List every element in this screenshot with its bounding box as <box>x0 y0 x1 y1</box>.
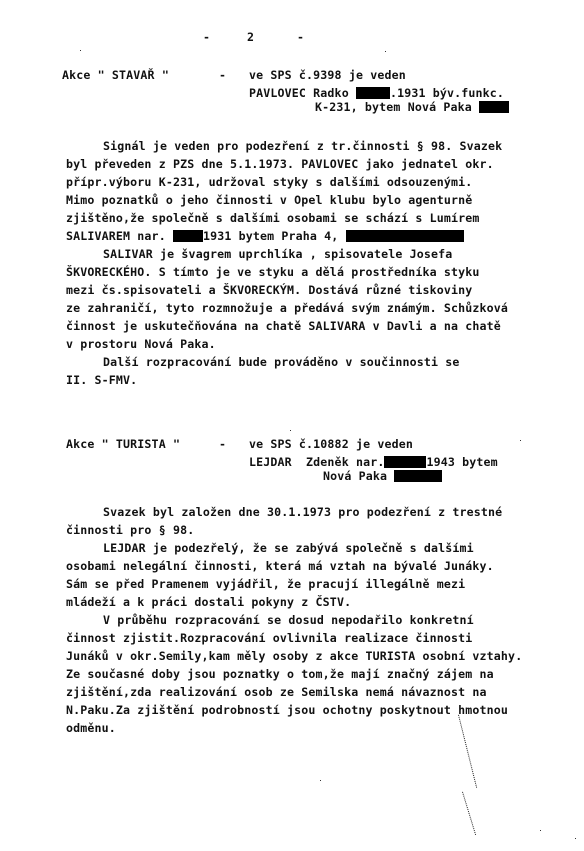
section1-body-line: činnost je uskutečňována na chatě SALIVA… <box>66 319 501 333</box>
section1-body-line: v prostoru Nová Paka. <box>66 337 216 351</box>
text: SALIVAREM nar. <box>66 229 173 243</box>
section1-header-line: PAVLOVEC Radko .1931 býv.funkc. <box>249 86 504 100</box>
speck <box>320 780 321 781</box>
text: Nová Paka <box>323 469 394 483</box>
redaction-bar <box>479 101 509 113</box>
text: LEJDAR Zdeněk nar. <box>249 455 384 469</box>
section1-body-line: ze zahraničí, tyto rozmnožuje a předává … <box>66 301 508 315</box>
section2-body-line: činnost zjistit.Rozpracování ovlivnila r… <box>66 631 472 645</box>
text: .1931 býv.funkc. <box>390 86 504 100</box>
section2-body-line: Sám se před Pramenem vyjádřil, že pracuj… <box>66 577 465 591</box>
section1-dash: - <box>219 68 226 82</box>
section2-label: Akce " TURISTA " <box>66 437 180 451</box>
speck <box>80 50 81 51</box>
page-marker-left: - <box>203 30 210 44</box>
section1-body-line: Další rozpracování bude prováděno v souč… <box>103 355 460 369</box>
section2-body-line: odměnu. <box>66 721 116 735</box>
redaction-bar <box>384 456 426 468</box>
section2-body-line: mládeží a k práci dostali pokyny z ČSTV. <box>66 595 351 609</box>
page-marker-right: - <box>297 30 304 44</box>
section1-header-line: ve SPS č.9398 je veden <box>249 68 406 82</box>
text: 1943 bytem <box>426 455 497 469</box>
section1-header-line: K-231, bytem Nová Paka <box>315 100 509 114</box>
section2-body-line: Junáků v okr.Semily,kam měly osoby z akc… <box>66 649 522 663</box>
section2-dash: - <box>219 437 226 451</box>
redaction-bar <box>346 230 464 242</box>
section1-body-line: SALIVAREM nar. 1931 bytem Praha 4, <box>66 229 464 243</box>
section1-body-line: mezi čs.spisovateli a ŠKVORECKÝM. Dostáv… <box>66 283 472 297</box>
section1-body-line: Mimo poznatků o jeho činnosti v Opel klu… <box>66 193 472 207</box>
page-number: 2 <box>247 30 254 44</box>
section2-header-line: ve SPS č.10882 je veden <box>249 437 413 451</box>
section1-body-line: SALIVAR je švagrem uprchlíka , spisovate… <box>103 247 452 261</box>
pen-mark <box>462 792 476 835</box>
section1-body-line: zjištěno,že společně s dalšími osobami s… <box>66 211 480 225</box>
section2-body-line: Svazek byl založen dne 30.1.1973 pro pod… <box>103 505 502 519</box>
section2-body-line: činnosti pro § 98. <box>66 523 194 537</box>
section1-label: Akce " STAVAŘ " <box>62 68 169 82</box>
section1-body-line: přípr.výboru K-231, udržoval styky s dal… <box>66 175 472 189</box>
section2-body-line: Ze současné doby jsou poznatky o tom,že … <box>66 667 494 681</box>
section2-body-line: V průběhu rozpracování se dosud nepodaři… <box>103 613 474 627</box>
speck <box>540 830 541 831</box>
section2-header-line: LEJDAR Zdeněk nar.1943 bytem <box>249 455 498 469</box>
redaction-bar <box>356 87 390 99</box>
speck <box>290 430 291 431</box>
section2-body-line: N.Paku.Za zjištění podrobností jsou ocho… <box>66 703 508 717</box>
section1-body-line: II. S-FMV. <box>66 373 137 387</box>
speck <box>520 440 521 441</box>
section2-header-line: Nová Paka <box>323 469 442 483</box>
section2-body-line: zjištění,zda realizování osob ze Semilsk… <box>66 685 487 699</box>
document-page: - 2 - Akce " STAVAŘ " - ve SPS č.9398 je… <box>0 0 584 851</box>
text: PAVLOVEC Radko <box>249 86 356 100</box>
section1-body-line: Signál je veden pro podezření z tr.činno… <box>103 139 502 153</box>
section1-body-line: ŠKVORECKÉHO. S tímto je ve styku a dělá … <box>66 265 480 279</box>
text: K-231, bytem Nová Paka <box>315 100 479 114</box>
section1-body-line: byl převeden z PZS dne 5.1.1973. PAVLOVE… <box>66 157 494 171</box>
section2-body-line: osobami nelegální činnosti, která má vzt… <box>66 559 494 573</box>
speck <box>575 838 576 839</box>
redaction-bar <box>394 470 442 482</box>
redaction-bar <box>173 230 203 242</box>
speck <box>385 51 386 52</box>
pen-mark <box>458 715 477 788</box>
section2-body-line: LEJDAR je podezřelý, že se zabývá společ… <box>103 541 474 555</box>
text: 1931 bytem Praha 4, <box>203 229 346 243</box>
